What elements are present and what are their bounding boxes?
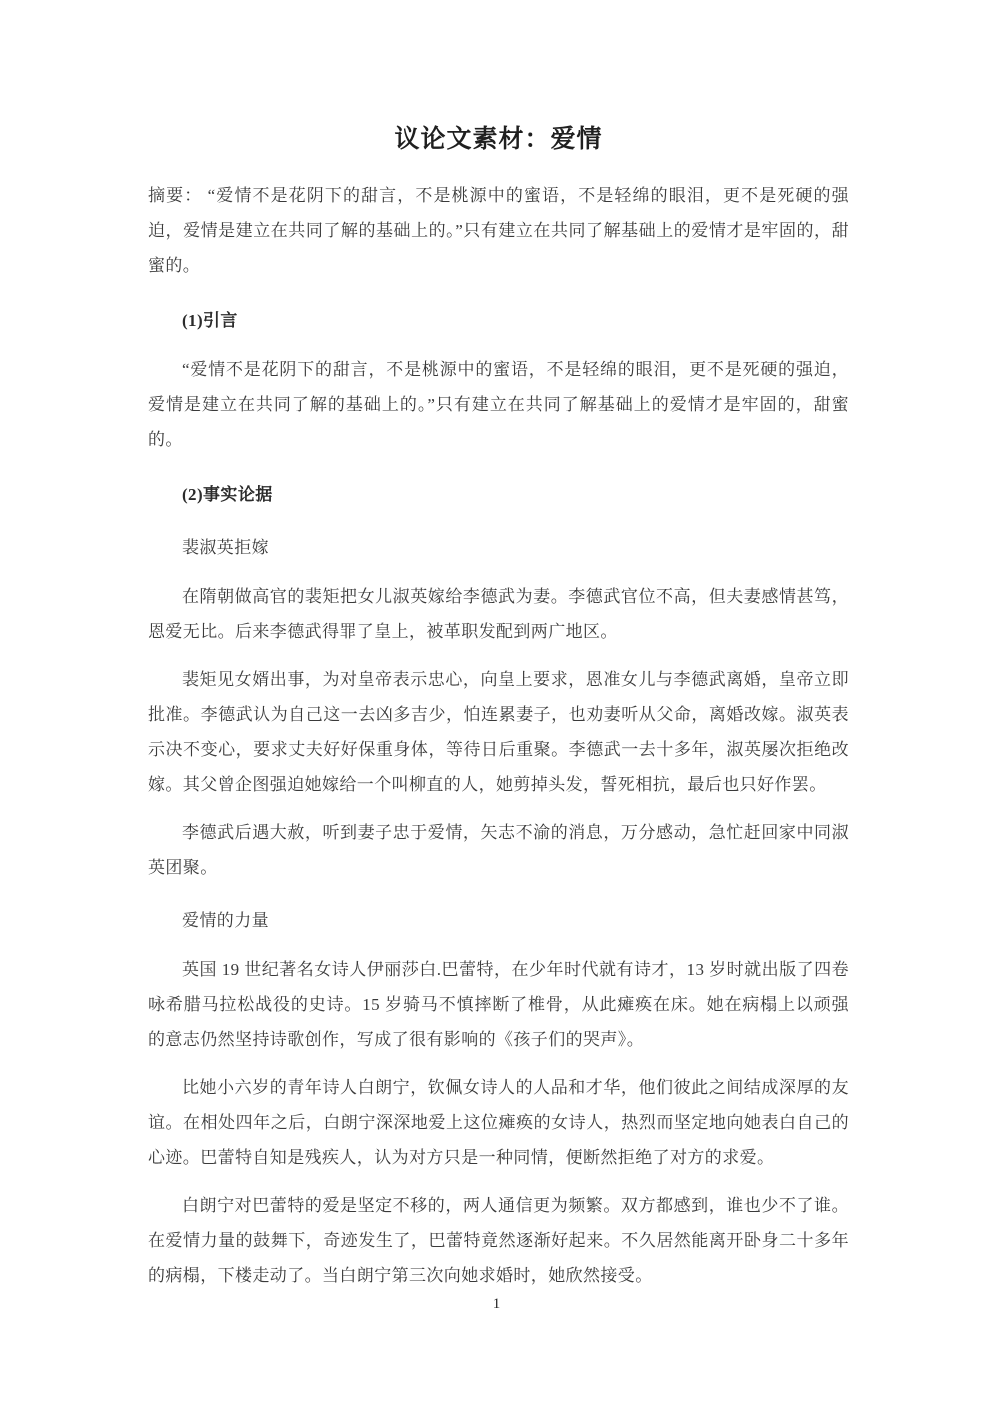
paragraph: 在隋朝做高官的裴矩把女儿淑英嫁给李德武为妻。李德武官位不高，但夫妻感情甚笃，恩爱… bbox=[148, 579, 849, 649]
paragraph: 白朗宁对巴蕾特的爱是坚定不移的，两人通信更为频繁。双方都感到，谁也少不了谁。在爱… bbox=[148, 1188, 849, 1293]
paragraph: 李德武后遇大赦，听到妻子忠于爱情，矢志不渝的消息，万分感动，急忙赶回家中同淑英团… bbox=[148, 815, 849, 885]
paragraph: 摘要： “爱情不是花阴下的甜言，不是桃源中的蜜语，不是轻绵的眼泪，更不是死硬的强… bbox=[148, 178, 849, 283]
subheading: 裴淑英拒嫁 bbox=[182, 530, 849, 565]
heading: (1)引言 bbox=[182, 303, 849, 338]
heading: (2)事实论据 bbox=[182, 477, 849, 512]
paragraph: 比她小六岁的青年诗人白朗宁，钦佩女诗人的人品和才华，他们彼此之间结成深厚的友谊。… bbox=[148, 1070, 849, 1175]
paragraph: “爱情不是花阴下的甜言，不是桃源中的蜜语，不是轻绵的眼泪，更不是死硬的强迫，爱情… bbox=[148, 352, 849, 457]
paragraph: 裴矩见女婿出事，为对皇帝表示忠心，向皇上要求，恩准女儿与李德武离婚，皇帝立即批准… bbox=[148, 662, 849, 802]
paragraph: 英国 19 世纪著名女诗人伊丽莎白.巴蕾特，在少年时代就有诗才，13 岁时就出版… bbox=[148, 952, 849, 1057]
subheading: 爱情的力量 bbox=[182, 903, 849, 938]
document-page: 议论文素材：爱情 摘要： “爱情不是花阴下的甜言，不是桃源中的蜜语，不是轻绵的眼… bbox=[0, 0, 993, 1404]
page-title: 议论文素材：爱情 bbox=[148, 122, 849, 158]
document-body: 摘要： “爱情不是花阴下的甜言，不是桃源中的蜜语，不是轻绵的眼泪，更不是死硬的强… bbox=[148, 178, 849, 1293]
page-number: 1 bbox=[0, 1296, 993, 1313]
